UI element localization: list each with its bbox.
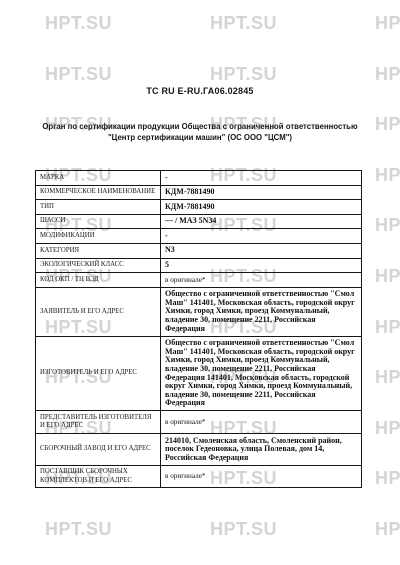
row-value: -	[161, 171, 362, 186]
table-row: МАРКА-	[36, 171, 362, 186]
row-label: ЗАЯВИТЕЛЬ И ЕГО АДРЕС	[36, 287, 161, 336]
table-row: ПРЕДСТАВИТЕЛЬ ИЗГОТОВИТЕЛЯ И ЕГО АДРЕСв …	[36, 411, 362, 434]
certification-body-text: Орган по сертификации продукции Общества…	[28, 121, 372, 143]
row-label: ПОСТАВЩИК СБОРОЧНЫХ КОМПЛЕКТОВ И ЕГО АДР…	[36, 465, 161, 488]
row-label: СБОРОЧНЫЙ ЗАВОД И ЕГО АДРЕС	[36, 434, 161, 466]
row-value: — / МАЗ 5N34	[161, 214, 362, 229]
row-value: КДМ-7881490	[161, 200, 362, 215]
table-row: МОДИФИКАЦИИ-	[36, 229, 362, 244]
row-label: КОД ОКП / ТН ВЭД	[36, 273, 161, 288]
certificate-number: ТС RU E-RU.ГА06.02845	[0, 86, 400, 96]
row-value: в оригинале*	[161, 411, 362, 434]
row-label: ЭКОЛОГИЧЕСКИЙ КЛАСС	[36, 258, 161, 273]
row-value: КДМ-7881490	[161, 185, 362, 200]
row-value: N3	[161, 243, 362, 258]
table-row: ЗАЯВИТЕЛЬ И ЕГО АДРЕСОбщество с ограниче…	[36, 287, 362, 336]
table-row: ШАССИ— / МАЗ 5N34	[36, 214, 362, 229]
row-value: Общество с ограниченной ответственностью…	[161, 287, 362, 336]
row-label: ТИП	[36, 200, 161, 215]
table-row: КОММЕРЧЕСКОЕ НАИМЕНОВАНИЕКДМ-7881490	[36, 185, 362, 200]
row-value: 5	[161, 258, 362, 273]
certificate-table: МАРКА-КОММЕРЧЕСКОЕ НАИМЕНОВАНИЕКДМ-78814…	[35, 170, 362, 488]
table-row: ПОСТАВЩИК СБОРОЧНЫХ КОМПЛЕКТОВ И ЕГО АДР…	[36, 465, 362, 488]
certificate-document: ТС RU E-RU.ГА06.02845 Орган по сертифика…	[0, 0, 400, 565]
row-label: ПРЕДСТАВИТЕЛЬ ИЗГОТОВИТЕЛЯ И ЕГО АДРЕС	[36, 411, 161, 434]
row-label: МАРКА	[36, 171, 161, 186]
row-label: КОММЕРЧЕСКОЕ НАИМЕНОВАНИЕ	[36, 185, 161, 200]
row-value: Общество с ограниченной ответственностью…	[161, 336, 362, 411]
row-value: в оригинале*	[161, 465, 362, 488]
table-row: СБОРОЧНЫЙ ЗАВОД И ЕГО АДРЕС214010, Смоле…	[36, 434, 362, 466]
row-label: ШАССИ	[36, 214, 161, 229]
row-label: ИЗГОТОВИТЕЛЬ И ЕГО АДРЕС	[36, 336, 161, 411]
row-value: 214010, Смоленская область, Смоленский р…	[161, 434, 362, 466]
row-label: КАТЕГОРИЯ	[36, 243, 161, 258]
certificate-preview-page: { "watermark": { "text": "HPT.SU", "colo…	[0, 0, 400, 565]
table-row: КОД ОКП / ТН ВЭДв оригинале*	[36, 273, 362, 288]
table-row: КАТЕГОРИЯN3	[36, 243, 362, 258]
table-row: ТИПКДМ-7881490	[36, 200, 362, 215]
row-value: в оригинале*	[161, 273, 362, 288]
table-row: ЭКОЛОГИЧЕСКИЙ КЛАСС5	[36, 258, 362, 273]
row-label: МОДИФИКАЦИИ	[36, 229, 161, 244]
table-row: ИЗГОТОВИТЕЛЬ И ЕГО АДРЕСОбщество с огран…	[36, 336, 362, 411]
row-value: -	[161, 229, 362, 244]
